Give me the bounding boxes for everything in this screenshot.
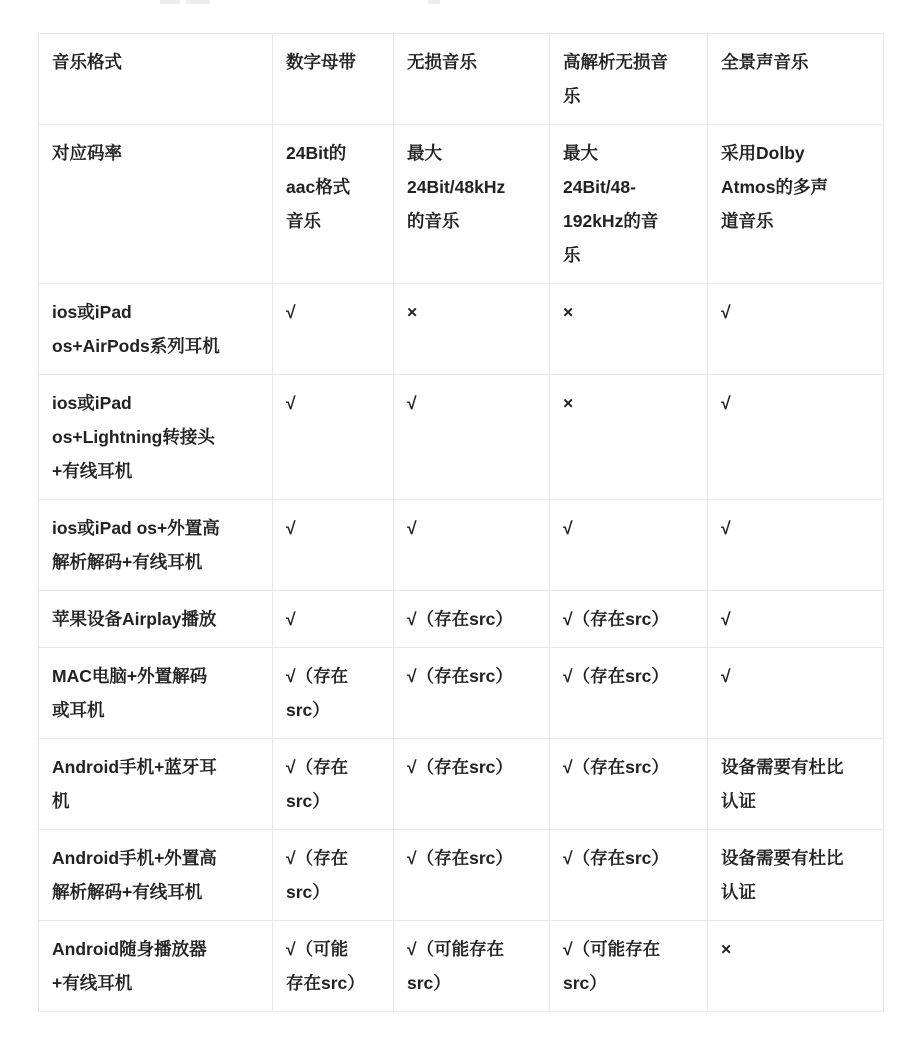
table-cell: √（存在src） (394, 739, 550, 830)
table-row: 苹果设备Airplay播放√√（存在src）√（存在src）√ (39, 591, 884, 648)
table-cell: √（可能存在 src） (394, 921, 550, 1012)
table-row: ios或iPad os+AirPods系列耳机√××√ (39, 284, 884, 375)
table-cell: × (394, 284, 550, 375)
table-cell: √（存在src） (394, 830, 550, 921)
table-cell: 采用Dolby Atmos的多声 道音乐 (708, 125, 884, 284)
table-cell: √（可能 存在src） (273, 921, 394, 1012)
row-header-cell: ios或iPad os+外置高 解析解码+有线耳机 (39, 500, 273, 591)
table-cell: √ (708, 648, 884, 739)
table-cell: √（存在src） (394, 648, 550, 739)
row-header-cell: 对应码率 (39, 125, 273, 284)
table-cell: √（存在src） (550, 739, 708, 830)
table-cell: √（存在 src） (273, 648, 394, 739)
table-cell: × (550, 375, 708, 500)
row-header-cell: ios或iPad os+Lightning转接头 +有线耳机 (39, 375, 273, 500)
page: 音乐格式数字母带无损音乐高解析无损音 乐全景声音乐 对应码率24Bit的 aac… (0, 0, 920, 1040)
table-cell: √ (273, 591, 394, 648)
table-cell: √ (708, 375, 884, 500)
cropped-heading-remnant (0, 0, 920, 5)
table-cell: √ (708, 591, 884, 648)
table-row: ios或iPad os+Lightning转接头 +有线耳机√√×√ (39, 375, 884, 500)
table-cell: 24Bit的 aac格式 音乐 (273, 125, 394, 284)
table-cell: √ (273, 500, 394, 591)
table-cell: 设备需要有杜比 认证 (708, 830, 884, 921)
row-header-cell: ios或iPad os+AirPods系列耳机 (39, 284, 273, 375)
table-cell: √（存在 src） (273, 739, 394, 830)
table-header-row: 音乐格式数字母带无损音乐高解析无损音 乐全景声音乐 (39, 34, 884, 125)
table-cell: × (550, 284, 708, 375)
row-header-cell: Android随身播放器 +有线耳机 (39, 921, 273, 1012)
table-cell: √（可能存在 src） (550, 921, 708, 1012)
row-header-cell: 苹果设备Airplay播放 (39, 591, 273, 648)
header-cell: 数字母带 (273, 34, 394, 125)
table-cell: √（存在 src） (273, 830, 394, 921)
table-cell: × (708, 921, 884, 1012)
header-cell: 全景声音乐 (708, 34, 884, 125)
table-cell: √ (394, 500, 550, 591)
table-cell: √ (708, 284, 884, 375)
table-cell: √ (550, 500, 708, 591)
table-row: Android手机+外置高 解析解码+有线耳机√（存在 src）√（存在src）… (39, 830, 884, 921)
cropped-text-fragment (160, 0, 180, 4)
table-row: Android手机+蓝牙耳 机√（存在 src）√（存在src）√（存在src）… (39, 739, 884, 830)
table-row: MAC电脑+外置解码 或耳机√（存在 src）√（存在src）√（存在src）√ (39, 648, 884, 739)
cropped-text-fragment (186, 0, 210, 4)
table-cell: √（存在src） (550, 648, 708, 739)
table-row: ios或iPad os+外置高 解析解码+有线耳机√√√√ (39, 500, 884, 591)
table-cell: √（存在src） (550, 591, 708, 648)
table-cell: √ (273, 375, 394, 500)
table-cell: √ (394, 375, 550, 500)
row-header-cell: Android手机+蓝牙耳 机 (39, 739, 273, 830)
row-header-cell: MAC电脑+外置解码 或耳机 (39, 648, 273, 739)
table-body: 对应码率24Bit的 aac格式 音乐最大 24Bit/48kHz 的音乐最大 … (39, 125, 884, 1012)
header-cell: 音乐格式 (39, 34, 273, 125)
music-format-table: 音乐格式数字母带无损音乐高解析无损音 乐全景声音乐 对应码率24Bit的 aac… (38, 33, 884, 1012)
table-cell: √（存在src） (550, 830, 708, 921)
table-row: 对应码率24Bit的 aac格式 音乐最大 24Bit/48kHz 的音乐最大 … (39, 125, 884, 284)
header-cell: 无损音乐 (394, 34, 550, 125)
row-header-cell: Android手机+外置高 解析解码+有线耳机 (39, 830, 273, 921)
table-cell: √ (708, 500, 884, 591)
table-cell: 设备需要有杜比 认证 (708, 739, 884, 830)
table-cell: √（存在src） (394, 591, 550, 648)
cropped-text-fragment (428, 0, 440, 4)
table-cell: √ (273, 284, 394, 375)
table-cell: 最大 24Bit/48kHz 的音乐 (394, 125, 550, 284)
table-cell: 最大 24Bit/48- 192kHz的音 乐 (550, 125, 708, 284)
header-cell: 高解析无损音 乐 (550, 34, 708, 125)
table-row: Android随身播放器 +有线耳机√（可能 存在src）√（可能存在 src）… (39, 921, 884, 1012)
